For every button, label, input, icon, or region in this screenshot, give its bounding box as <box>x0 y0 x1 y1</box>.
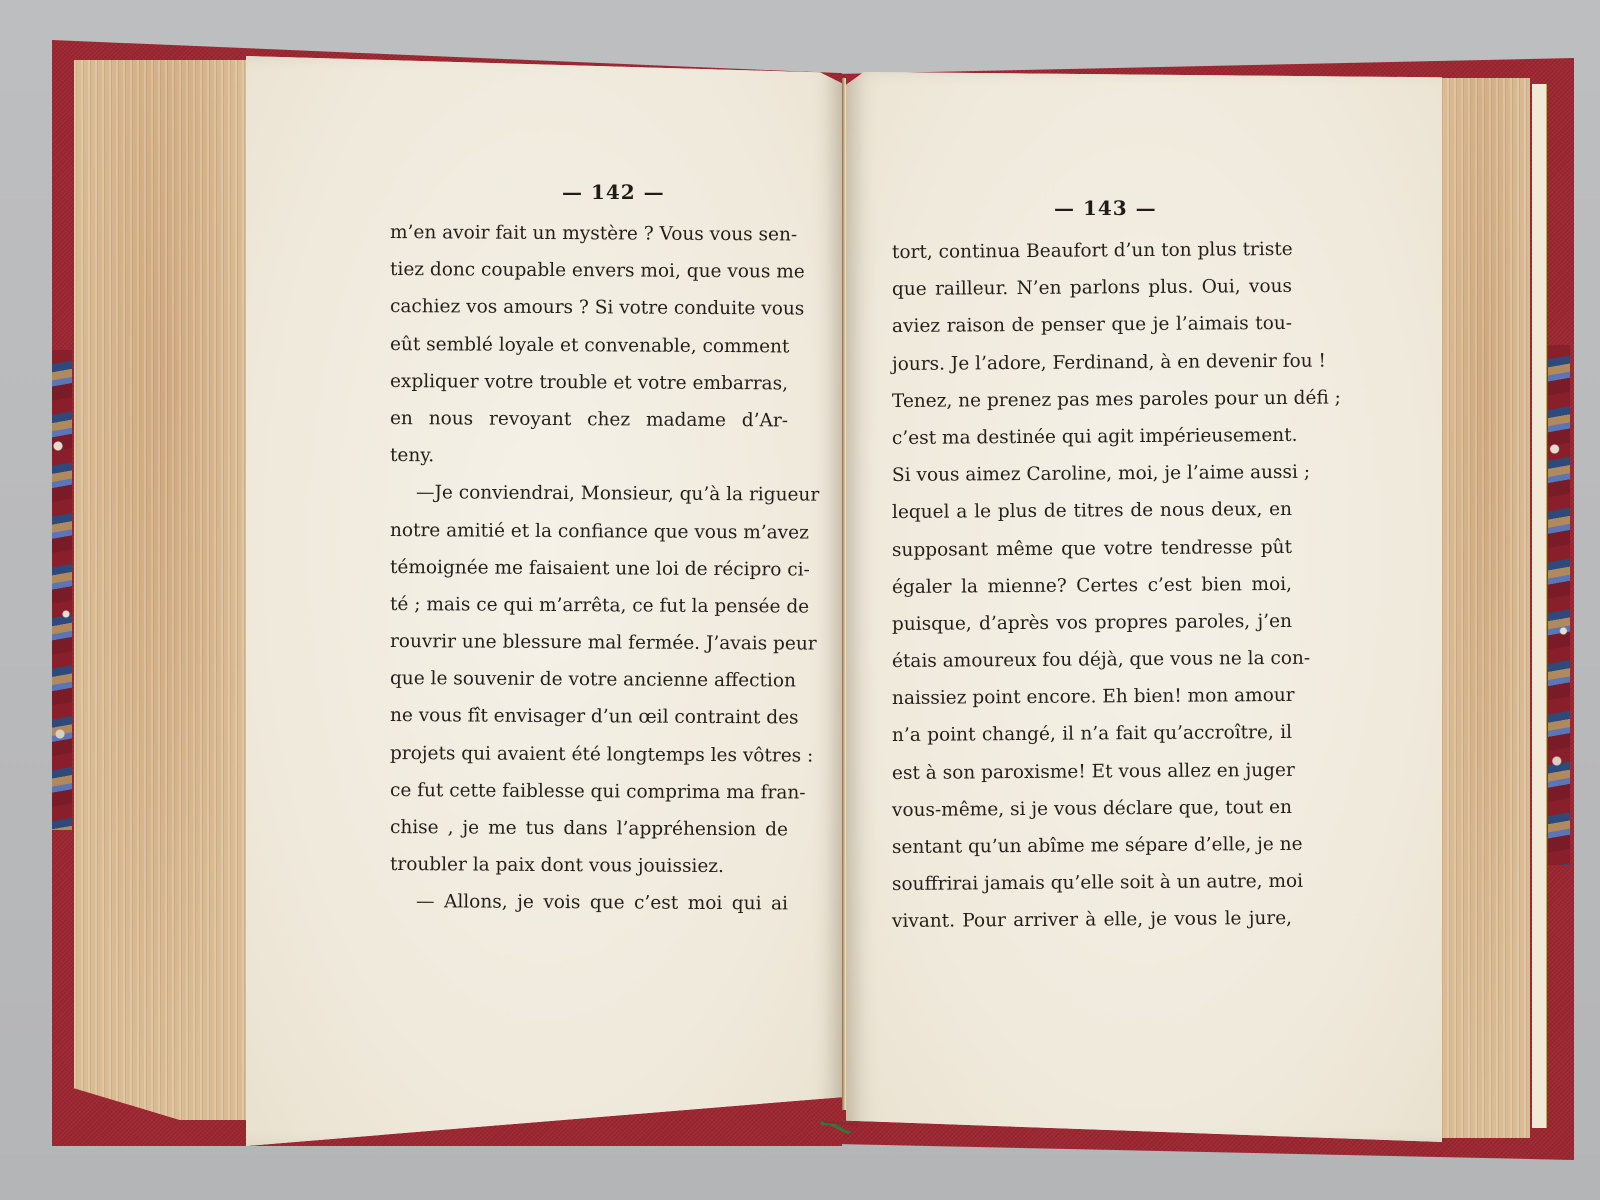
text-line: cachiez vos amours ? Si votre conduite v… <box>390 288 788 328</box>
flyleaf-edge-right <box>1532 84 1547 1128</box>
text-line: ne vous fît envisager d’un œil contraint… <box>390 697 788 737</box>
text-line: teny. <box>390 437 788 477</box>
text-line: naissiez point encore. Eh bien! mon amou… <box>892 677 1292 717</box>
text-line: lequel a le plus de titres de nous deux,… <box>892 491 1292 531</box>
text-line: m’en avoir fait un mystère ? Vous vous s… <box>390 214 788 254</box>
text-line: étais amoureux fou déjà, que vous ne la … <box>892 640 1292 680</box>
text-line: jours. Je l’adore, Ferdinand, à en deven… <box>892 342 1292 382</box>
text-line: — Allons, je vois que c’est moi qui ai <box>390 883 788 923</box>
text-line: sentant qu’un abîme me sépare d’elle, je… <box>892 826 1292 866</box>
page-block-edge-left <box>74 60 250 1120</box>
text-line: ce fut cette faiblesse qui comprima ma f… <box>390 772 788 812</box>
text-line: chise , je me tus dans l’appréhension de <box>390 809 788 849</box>
text-line: tort, continua Beaufort d’un ton plus tr… <box>892 231 1292 271</box>
text-line: Si vous aimez Caroline, moi, je l’aime a… <box>892 454 1292 494</box>
text-line: que le souvenir de votre ancienne affect… <box>390 660 788 700</box>
text-line: c’est ma destinée qui agit impérieusemen… <box>892 417 1292 457</box>
page-number-left: — 142 — <box>562 180 665 204</box>
page-number-right: — 143 — <box>1054 196 1157 220</box>
text-line: vivant. Pour arriver à elle, je vous le … <box>892 900 1292 940</box>
open-book: — 142 — m’en avoir fait un mystère ? Vou… <box>0 0 1600 1200</box>
text-line: vous-même, si je vous déclare que, tout … <box>892 789 1292 829</box>
right-page: — 143 — tort, continua Beaufort d’un ton… <box>846 72 1442 1142</box>
text-line: eût semblé loyale et convenable, comment <box>390 326 788 366</box>
text-line: projets qui avaient été longtemps les vô… <box>390 735 788 775</box>
page-block-edge-right <box>1440 78 1530 1138</box>
text-line: notre amitié et la confiance que vous m’… <box>390 512 788 552</box>
text-line: té ; mais ce qui m’arrêta, ce fut la pen… <box>390 586 788 626</box>
left-page: — 142 — m’en avoir fait un mystère ? Vou… <box>246 56 844 1146</box>
right-page-text: tort, continua Beaufort d’un ton plus tr… <box>892 234 1292 941</box>
bookmark-ribbon <box>818 1118 862 1138</box>
text-line: puisque, d’après vos propres paroles, j’… <box>892 603 1292 643</box>
marbled-endpaper-right <box>1548 345 1570 865</box>
left-page-text: m’en avoir fait un mystère ? Vous vous s… <box>390 214 788 921</box>
text-line: n’a point changé, il n’a fait qu’accroît… <box>892 714 1292 754</box>
text-line: souffrirai jamais qu’elle soit à un autr… <box>892 863 1292 903</box>
text-line: expliquer votre trouble et votre embarra… <box>390 363 788 403</box>
book-gutter <box>842 78 846 1110</box>
text-line: que railleur. N’en parlons plus. Oui, vo… <box>892 268 1292 308</box>
text-line: rouvrir une blessure mal fermée. J’avais… <box>390 623 788 663</box>
text-line: Tenez, ne prenez pas mes paroles pour un… <box>892 380 1292 420</box>
text-line: supposant même que votre tendresse pût <box>892 528 1292 568</box>
text-line: est à son paroxisme! Et vous allez en ju… <box>892 751 1292 791</box>
text-line: en nous revoyant chez madame d’Ar- <box>390 400 788 440</box>
marbled-endpaper-left <box>52 350 72 830</box>
text-line: —Je conviendrai, Monsieur, qu’à la rigue… <box>390 474 788 514</box>
text-line: témoignée me faisaient une loi de récipr… <box>390 549 788 589</box>
text-line: égaler la mienne? Certes c’est bien moi, <box>892 566 1292 606</box>
text-line: troubler la paix dont vous jouissiez. <box>390 846 788 886</box>
text-line: tiez donc coupable envers moi, que vous … <box>390 251 788 291</box>
text-line: aviez raison de penser que je l’aimais t… <box>892 305 1292 345</box>
